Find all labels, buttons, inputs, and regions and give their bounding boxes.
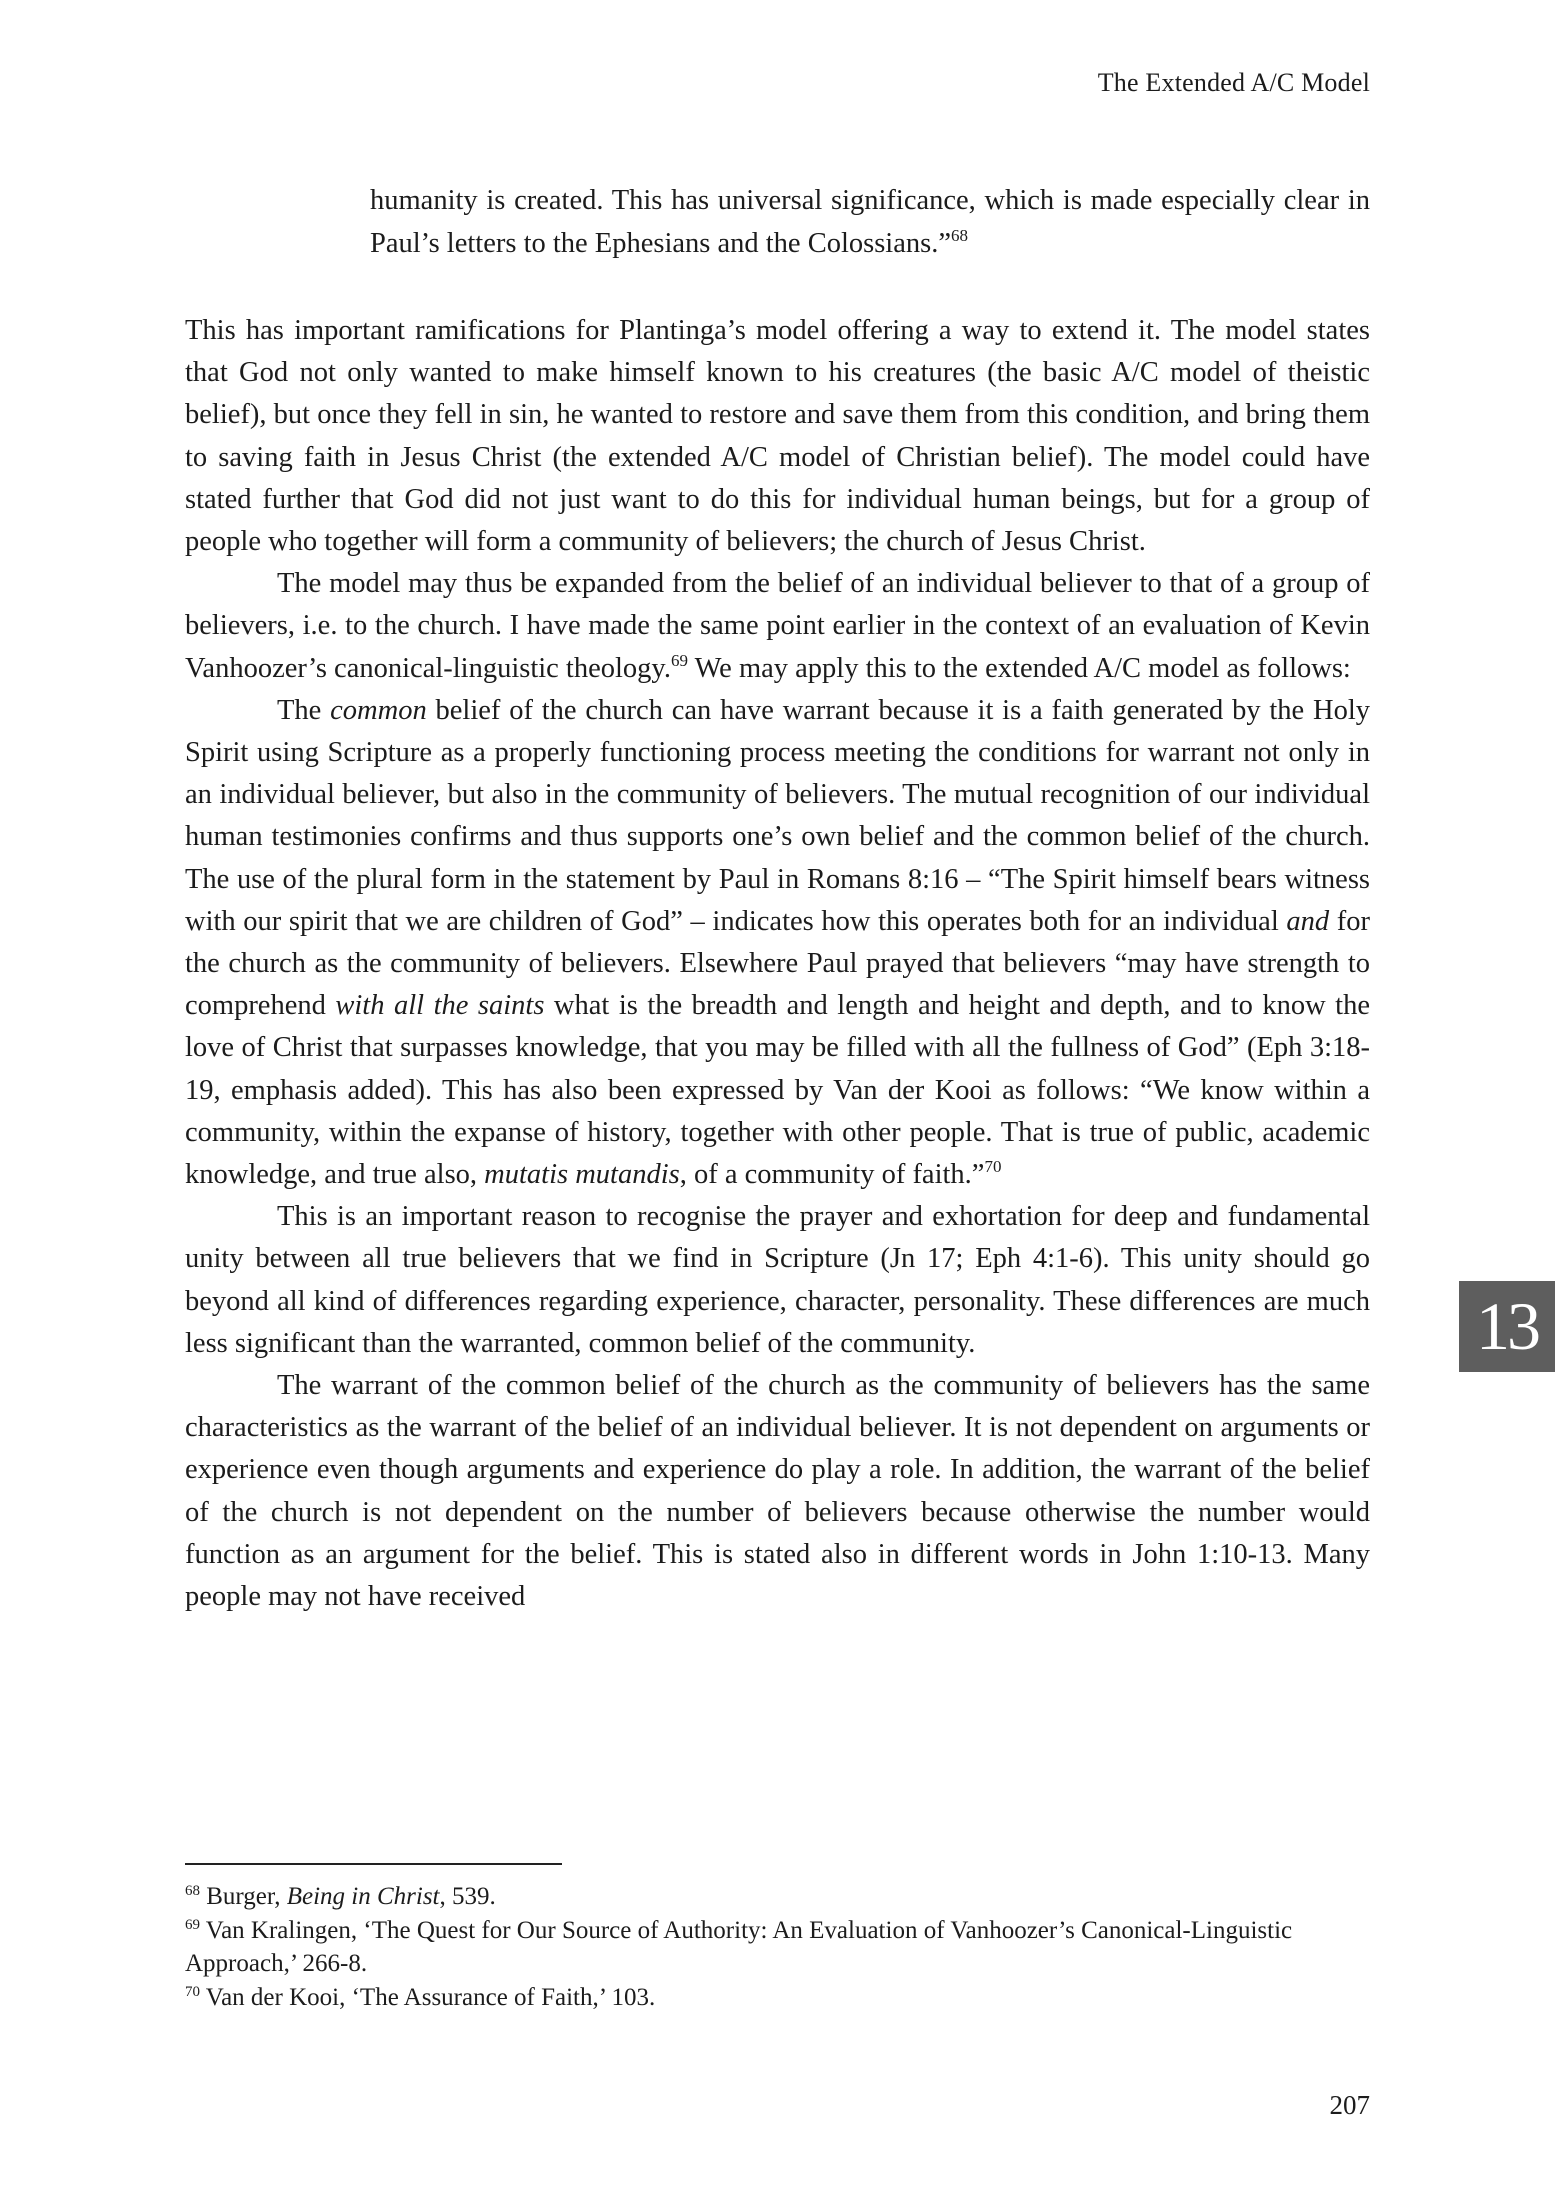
footnote-ref-69[interactable]: 69 xyxy=(671,651,688,670)
footnote-number: 69 xyxy=(185,1917,200,1933)
paragraph-3-text: The xyxy=(277,695,330,726)
running-header-title: The Extended A/C Model xyxy=(1098,68,1370,98)
footnote-68: 68 Burger, Being in Christ, 539. xyxy=(185,1880,1375,1914)
paragraph-4: This is an important reason to recognise… xyxy=(185,1196,1370,1365)
paragraph-2-text-b: We may apply this to the extended A/C mo… xyxy=(688,653,1351,684)
footnote-divider xyxy=(185,1863,562,1865)
footnote-number: 70 xyxy=(185,1984,200,2000)
chapter-number-tab: 13 xyxy=(1459,1281,1555,1372)
paragraph-3-text: , of a community of faith.” xyxy=(680,1159,985,1190)
footnote-69: 69 Van Kralingen, ‘The Quest for Our Sou… xyxy=(185,1914,1375,1981)
paragraph-3-text: belief of the church can have warrant be… xyxy=(185,695,1370,937)
footnote-text: Van der Kooi, ‘The Assurance of Faith,’ … xyxy=(200,1984,655,2011)
paragraph-1: This has important ramifications for Pla… xyxy=(185,310,1370,563)
footnote-ref-68[interactable]: 68 xyxy=(951,226,968,245)
footnote-title-italic: Being in Christ xyxy=(287,1883,440,1910)
footnote-ref-70[interactable]: 70 xyxy=(984,1157,1001,1176)
footnote-text: Burger, xyxy=(200,1883,287,1910)
paragraph-3: The common belief of the church can have… xyxy=(185,690,1370,1196)
block-quote: humanity is created. This has universal … xyxy=(370,180,1370,265)
paragraph-2: The model may thus be expanded from the … xyxy=(185,563,1370,690)
page-number: 207 xyxy=(1330,2090,1371,2121)
emphasis-and: and xyxy=(1286,906,1329,937)
body-text: This has important ramifications for Pla… xyxy=(185,310,1370,1618)
emphasis-with-all-the-saints: with all the saints xyxy=(335,990,544,1021)
block-quote-text: humanity is created. This has universal … xyxy=(370,185,1370,259)
emphasis-mutatis-mutandis: mutatis mutandis xyxy=(484,1159,680,1190)
footnote-text: , 539. xyxy=(440,1883,496,1910)
paragraph-5: The warrant of the common belief of the … xyxy=(185,1365,1370,1618)
emphasis-common: common xyxy=(330,695,427,726)
footnote-text: Van Kralingen, ‘The Quest for Our Source… xyxy=(185,1917,1292,1978)
footnotes: 68 Burger, Being in Christ, 539. 69 Van … xyxy=(185,1880,1375,2014)
footnote-70: 70 Van der Kooi, ‘The Assurance of Faith… xyxy=(185,1981,1375,2015)
footnote-number: 68 xyxy=(185,1883,200,1899)
